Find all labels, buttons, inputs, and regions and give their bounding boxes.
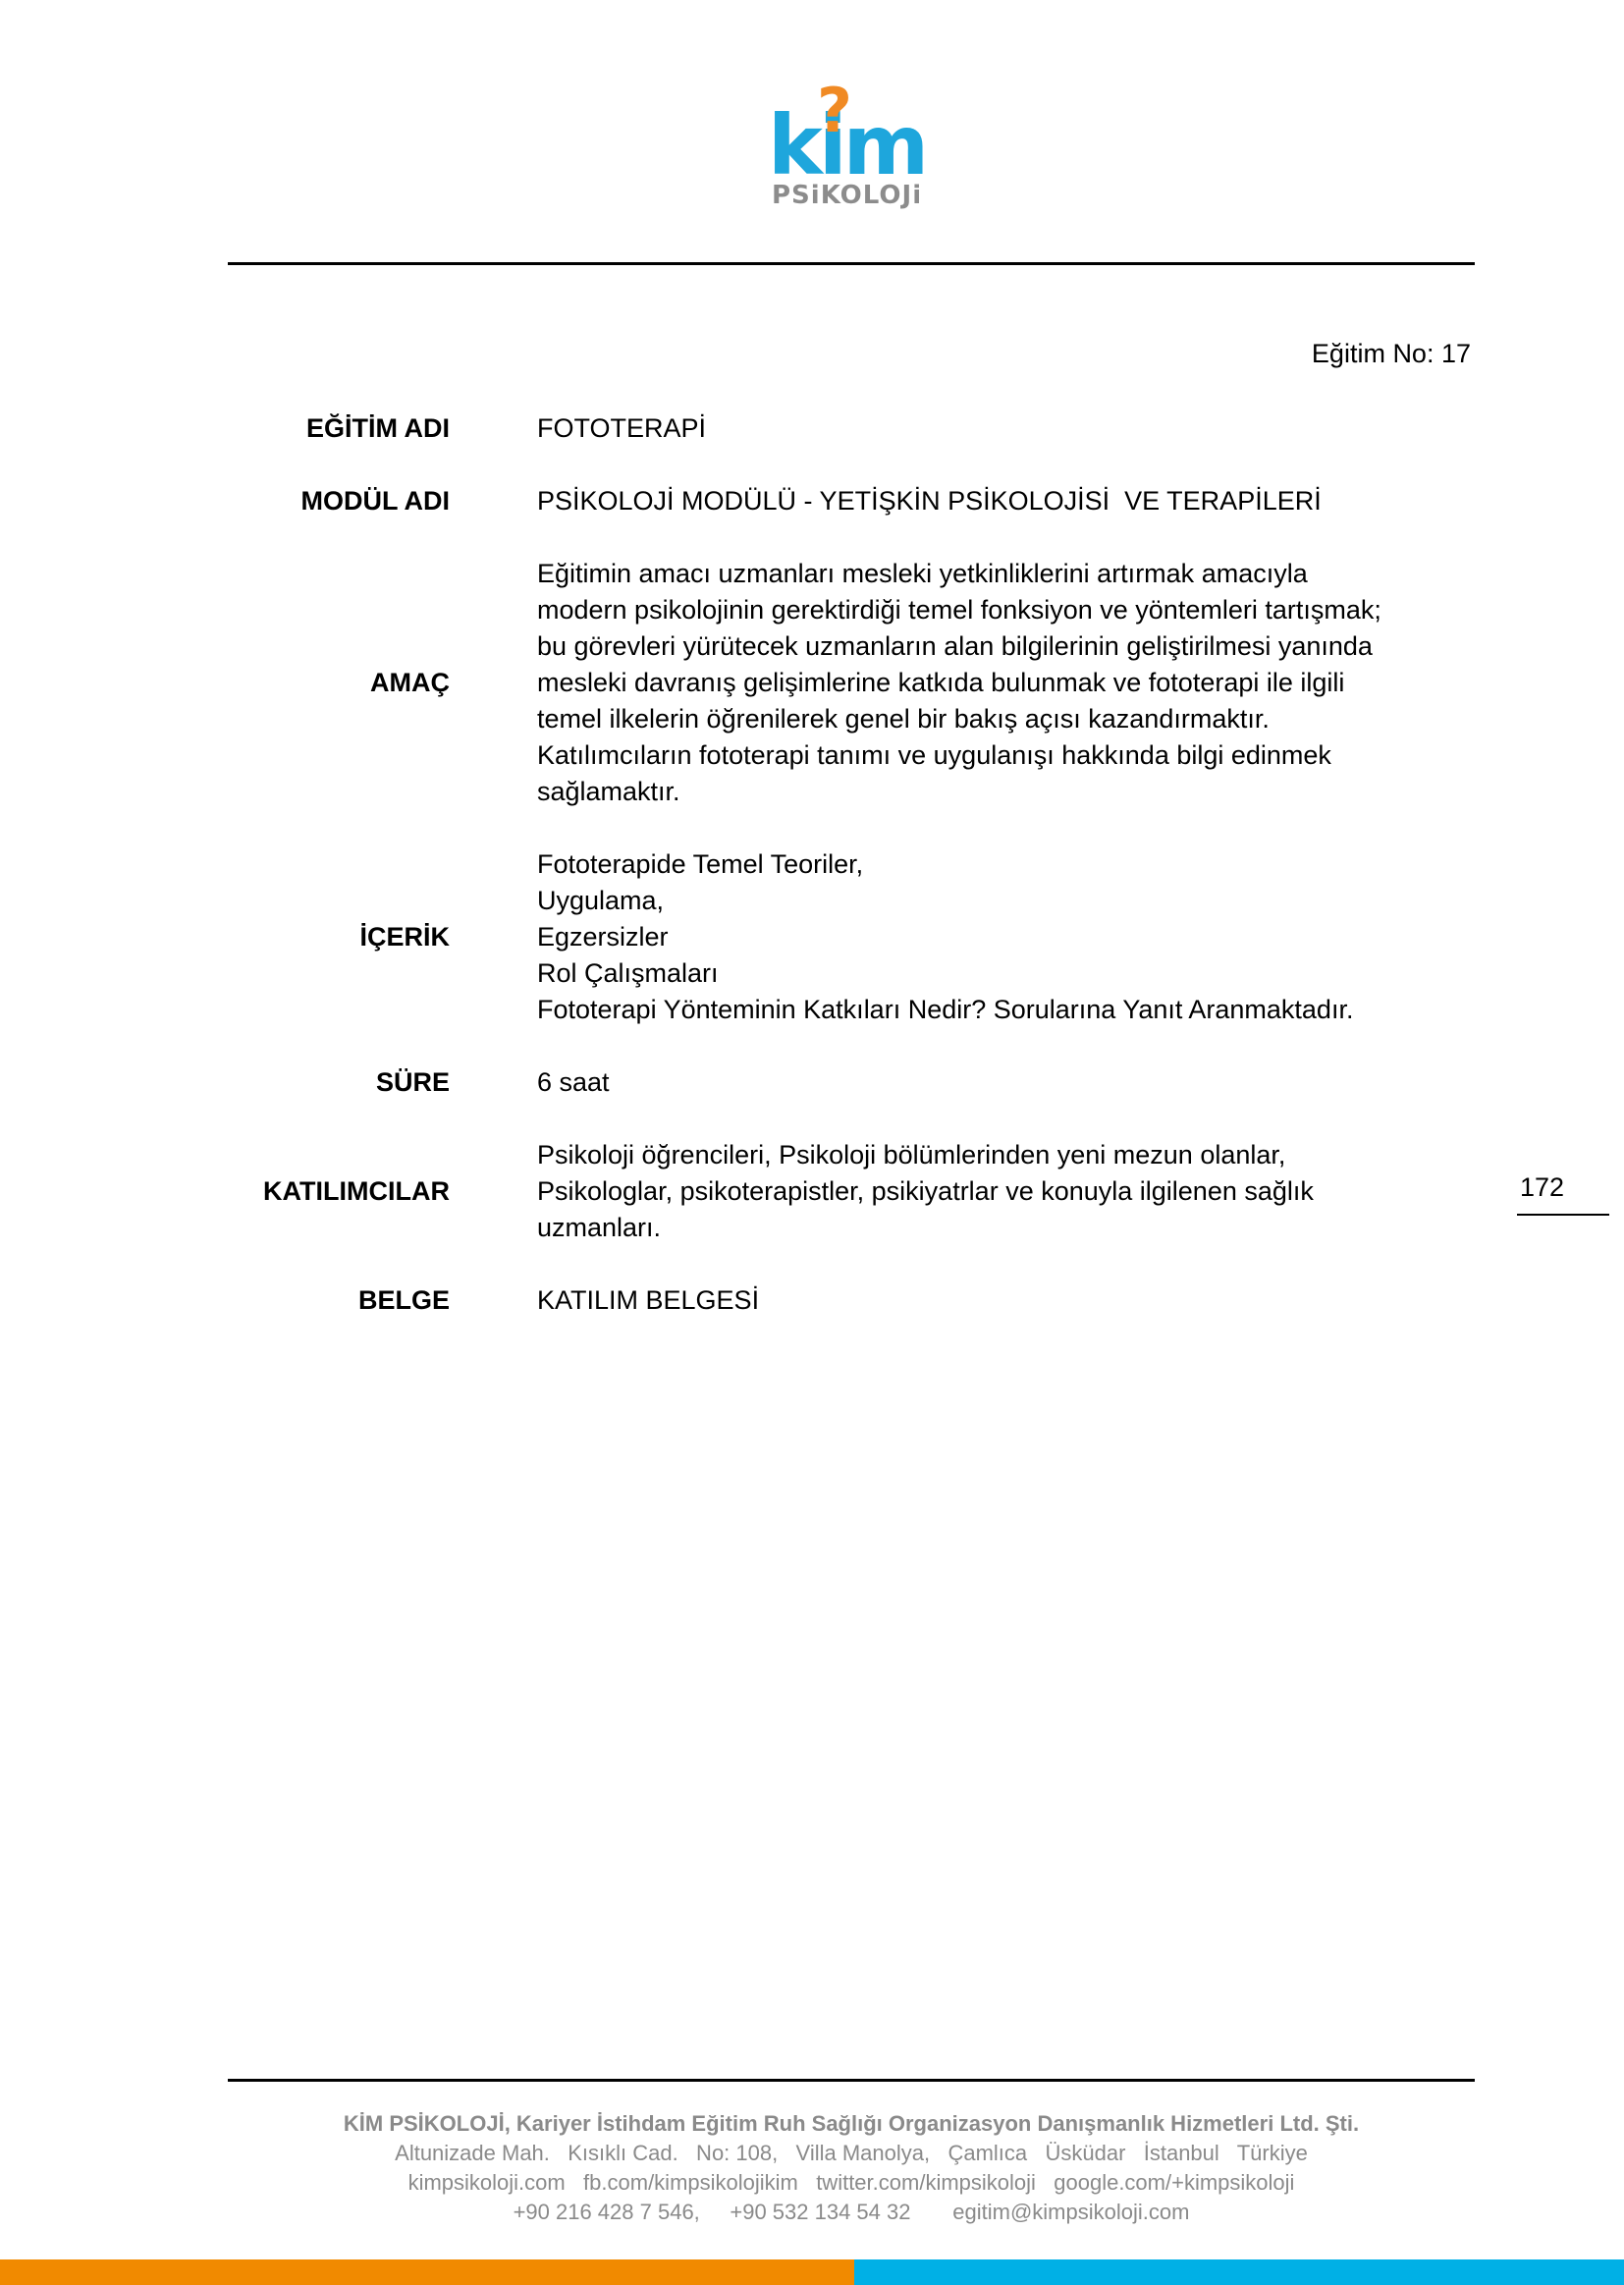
field-value-line: PSİKOLOJİ MODÜLÜ - YETİŞKİN PSİKOLOJİSİ … (537, 483, 1470, 519)
footer-divider (228, 2079, 1475, 2082)
field-value-line: modern psikolojinin gerektirdiği temel f… (537, 592, 1470, 628)
field-label: MODÜL ADI (301, 483, 451, 519)
field-value: FOTOTERAPİ (537, 410, 1470, 447)
page-number: 172 (1520, 1172, 1564, 1203)
field-value-line: Uygulama, (537, 883, 1470, 919)
footer-address: Altunizade Mah. Kısıklı Cad. No: 108, Vi… (228, 2139, 1475, 2168)
field-value-line: sağlamaktır. (537, 774, 1470, 810)
field-value-line: Fototerapi Yönteminin Katkıları Nedir? S… (537, 992, 1470, 1028)
field-value: Psikoloji öğrencileri, Psikoloji bölümle… (537, 1137, 1470, 1246)
question-mark-icon: ? (817, 81, 852, 141)
field-value-line: Katılımcıların fototerapi tanımı ve uygu… (537, 737, 1470, 774)
field-label: İÇERİK (359, 919, 450, 955)
header-divider (228, 262, 1475, 265)
field-value: PSİKOLOJİ MODÜLÜ - YETİŞKİN PSİKOLOJİSİ … (537, 483, 1470, 519)
footer-company: KİM PSİKOLOJİ, Kariyer İstihdam Eğitim R… (228, 2109, 1475, 2139)
field-value-line: uzmanları. (537, 1210, 1470, 1246)
training-number: Eğitim No: 17 (1312, 339, 1471, 369)
field-value-line: KATILIM BELGESİ (537, 1282, 1470, 1319)
footer-bar-blue (854, 2259, 1624, 2285)
field-value-line: Egzersizler (537, 919, 1470, 955)
field-label: SÜRE (376, 1064, 450, 1101)
field-value-line: Psikoloji öğrencileri, Psikoloji bölümle… (537, 1137, 1470, 1173)
field-value-line: bu görevleri yürütecek uzmanların alan b… (537, 628, 1470, 665)
footer-contact: +90 216 428 7 546, +90 532 134 54 32 egi… (228, 2198, 1475, 2227)
footer-bar-orange (0, 2259, 854, 2285)
page-number-underline (1517, 1214, 1609, 1216)
company-logo: kim ? PSiKOLOJi (756, 86, 952, 219)
field-value: Fototerapide Temel Teoriler,Uygulama,Egz… (537, 846, 1470, 1028)
field-value-line: Psikologlar, psikoterapistler, psikiyatr… (537, 1173, 1470, 1210)
field-label: EĞİTİM ADI (306, 410, 450, 447)
field-label: KATILIMCILAR (263, 1173, 450, 1210)
logo-subtitle: PSiKOLOJi (772, 183, 922, 208)
field-value-line: Eğitimin amacı uzmanları mesleki yetkinl… (537, 556, 1470, 592)
field-value-line: FOTOTERAPİ (537, 410, 1470, 447)
field-value-line: temel ilkelerin öğrenilerek genel bir ba… (537, 701, 1470, 737)
field-value-line: mesleki davranış gelişimlerine katkıda b… (537, 665, 1470, 701)
field-value: 6 saat (537, 1064, 1470, 1101)
field-value-line: Rol Çalışmaları (537, 955, 1470, 992)
field-label: AMAÇ (370, 665, 450, 701)
field-label: BELGE (358, 1282, 450, 1319)
field-value: KATILIM BELGESİ (537, 1282, 1470, 1319)
footer: KİM PSİKOLOJİ, Kariyer İstihdam Eğitim R… (228, 2109, 1475, 2227)
field-value: Eğitimin amacı uzmanları mesleki yetkinl… (537, 556, 1470, 810)
field-value-line: Fototerapide Temel Teoriler, (537, 846, 1470, 883)
footer-web-links: kimpsikoloji.com fb.com/kimpsikolojikim … (228, 2168, 1475, 2198)
field-value-line: 6 saat (537, 1064, 1470, 1101)
